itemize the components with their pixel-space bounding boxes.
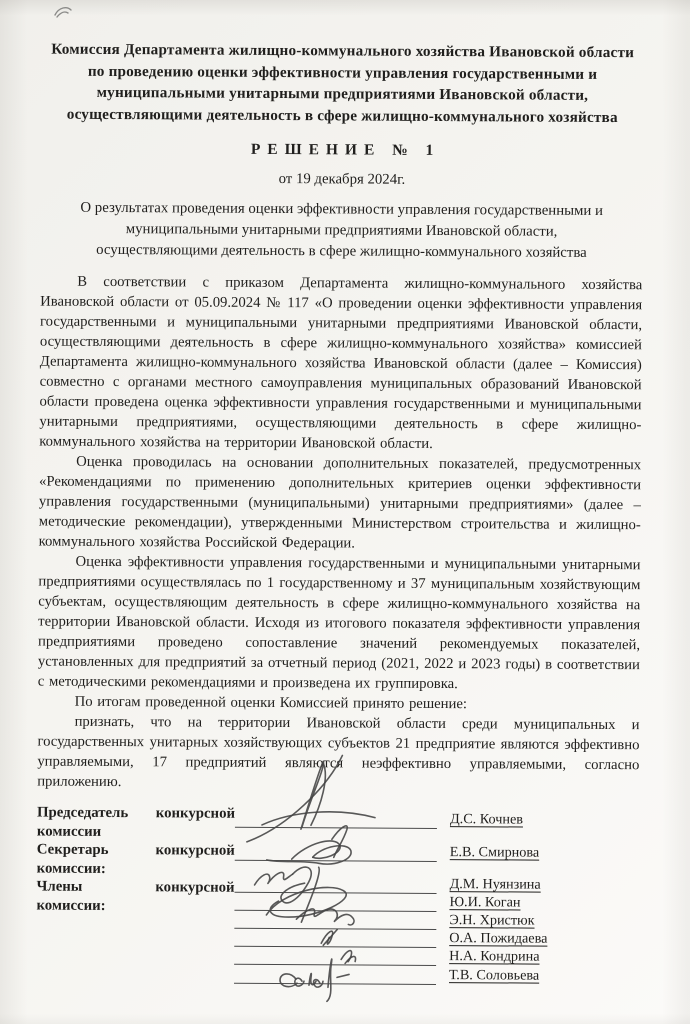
role-word-left: Председатель bbox=[37, 804, 128, 824]
role-word-right: конкурсной bbox=[156, 841, 235, 860]
signature-line bbox=[235, 810, 437, 829]
signature-line bbox=[235, 843, 437, 862]
paragraph: Оценка эффективности управления государс… bbox=[38, 552, 641, 696]
signatory-name: Е.В. Смирнова bbox=[450, 843, 540, 863]
decision-date: от 19 декабря 2024г. bbox=[41, 170, 643, 191]
signature-role-label: Секретарьконкурснойкомиссии: bbox=[37, 841, 235, 880]
paragraph: В соответствии с приказом Департамента ж… bbox=[39, 272, 642, 456]
document-body: В соответствии с приказом Департамента ж… bbox=[37, 272, 642, 796]
paragraph: признать, что на территории Ивановской о… bbox=[37, 712, 639, 796]
role-word-left: Члены bbox=[37, 878, 83, 897]
decision-title: РЕШЕНИЕ № 1 bbox=[41, 140, 643, 162]
signature-role-label: Членыконкурснойкомиссии: bbox=[36, 878, 234, 917]
role-word-left: Секретарь bbox=[37, 841, 109, 860]
signature-entry: Т.В. Соловьева bbox=[234, 963, 539, 986]
role-line2: комиссии: bbox=[36, 897, 234, 917]
role-line2: комиссии: bbox=[37, 860, 235, 880]
role-word-right: конкурсной bbox=[156, 804, 235, 823]
scanned-document-page: Комиссия Департамента жилищно-коммунальн… bbox=[0, 0, 690, 1024]
signatory-name: Д.С. Кочнев bbox=[450, 810, 523, 829]
decision-subject: О результатах проведения оценки эффектив… bbox=[40, 198, 642, 265]
role-line2: комиссии bbox=[37, 823, 235, 843]
document-header-title: Комиссия Департамента жилищно-коммунальн… bbox=[41, 39, 644, 129]
signature-block: ПредседательконкурснойкомиссииД.С. Кочне… bbox=[36, 804, 639, 1018]
signature-line bbox=[234, 966, 436, 985]
signature-entry: Е.В. Смирнова bbox=[235, 840, 540, 863]
signature-role-label: Председательконкурснойкомиссии bbox=[37, 804, 235, 843]
signatory-name: Т.В. Соловьева bbox=[449, 966, 539, 986]
paragraph: Оценка проводилась на основании дополнит… bbox=[39, 452, 642, 556]
document-content: Комиссия Департамента жилищно-коммунальн… bbox=[0, 0, 690, 1018]
signature-entry: Д.С. Кочнев bbox=[235, 807, 523, 830]
role-word-right: конкурсной bbox=[155, 878, 234, 897]
